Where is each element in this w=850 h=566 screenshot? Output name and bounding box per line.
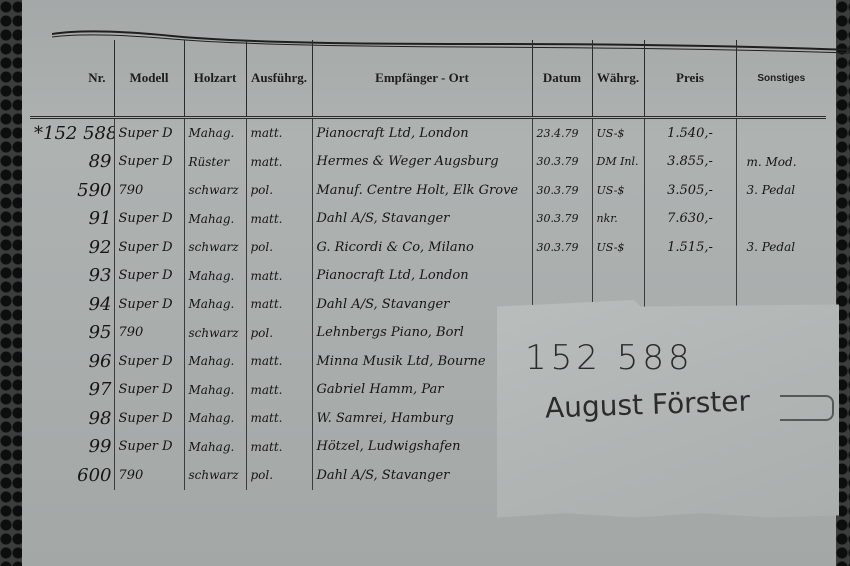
cell-waehrung: DM Inl. xyxy=(592,148,644,177)
cell-ausfuehrung: matt. xyxy=(246,376,312,405)
cell-holzart: Mahag. xyxy=(184,404,246,433)
cell-datum: 30.3.79 xyxy=(532,233,592,262)
cell-nr: 91 xyxy=(30,205,114,234)
cell-holzart: schwarz xyxy=(184,319,246,348)
cell-ausfuehrung: matt. xyxy=(246,148,312,177)
table-row: 91Super DMahag.matt.Dahl A/S, Stavanger3… xyxy=(30,205,826,234)
cell-holzart: Mahag. xyxy=(184,433,246,462)
cell-nr: 93 xyxy=(30,262,114,291)
cell-holzart: Mahag. xyxy=(184,262,246,291)
cell-nr: 89 xyxy=(30,148,114,177)
table-row: 89Super DRüstermatt.Hermes & Weger Augsb… xyxy=(30,148,826,177)
cell-nr: 95 xyxy=(30,319,114,348)
cell-nr: 590 xyxy=(30,176,114,205)
cell-modell: Super D xyxy=(114,148,184,177)
cell-holzart: Mahag. xyxy=(184,205,246,234)
cell-datum: 23.4.79 xyxy=(532,118,592,148)
cell-waehrung xyxy=(592,262,644,291)
cell-datum: 30.3.79 xyxy=(532,176,592,205)
note-maker-name: August Förster xyxy=(544,384,750,424)
paper-clip-icon xyxy=(780,395,834,421)
cell-modell: 790 xyxy=(114,176,184,205)
cell-modell: Super D xyxy=(114,404,184,433)
cell-nr: 96 xyxy=(30,347,114,376)
cell-ausfuehrung: matt. xyxy=(246,433,312,462)
cell-preis: 1.540,- xyxy=(644,118,736,148)
table-row: 92Super Dschwarzpol.G. Ricordi & Co, Mil… xyxy=(30,233,826,262)
cell-empfaenger: Manuf. Centre Holt, Elk Grove xyxy=(312,176,532,205)
cell-ausfuehrung: pol. xyxy=(246,319,312,348)
cell-empfaenger: Pianocraft Ltd, London xyxy=(312,262,532,291)
cell-preis xyxy=(644,262,736,291)
cell-modell: Super D xyxy=(114,376,184,405)
cell-holzart: schwarz xyxy=(184,176,246,205)
col-header-preis: Preis xyxy=(644,40,736,118)
cell-holzart: Rüster xyxy=(184,148,246,177)
cell-holzart: schwarz xyxy=(184,233,246,262)
cell-sonstiges xyxy=(736,118,826,148)
film-perforation-left xyxy=(0,0,24,566)
cell-ausfuehrung: matt. xyxy=(246,404,312,433)
cell-ausfuehrung: pol. xyxy=(246,461,312,490)
cell-sonstiges: 3. Pedal xyxy=(736,176,826,205)
cell-empfaenger: Hermes & Weger Augsburg xyxy=(312,148,532,177)
col-header-waehrung: Währg. xyxy=(592,40,644,118)
cell-holzart: schwarz xyxy=(184,461,246,490)
cell-holzart: Mahag. xyxy=(184,347,246,376)
cell-ausfuehrung: matt. xyxy=(246,347,312,376)
cell-modell: Super D xyxy=(114,347,184,376)
col-header-empfaenger: Empfänger - Ort xyxy=(312,40,532,118)
cell-modell: Super D xyxy=(114,262,184,291)
cell-ausfuehrung: matt. xyxy=(246,290,312,319)
cell-datum xyxy=(532,262,592,291)
table-row: 590790schwarzpol.Manuf. Centre Holt, Elk… xyxy=(30,176,826,205)
cell-ausfuehrung: matt. xyxy=(246,205,312,234)
cell-modell: Super D xyxy=(114,290,184,319)
cell-holzart: Mahag. xyxy=(184,290,246,319)
cell-empfaenger: Pianocraft Ltd, London xyxy=(312,118,532,148)
cell-ausfuehrung: matt. xyxy=(246,262,312,291)
cell-sonstiges xyxy=(736,262,826,291)
cell-nr: 94 xyxy=(30,290,114,319)
table-row: *152 588Super DMahag.matt.Pianocraft Ltd… xyxy=(30,118,826,148)
cell-preis: 3.855,- xyxy=(644,148,736,177)
cell-modell: 790 xyxy=(114,319,184,348)
cell-modell: Super D xyxy=(114,205,184,234)
cell-ausfuehrung: pol. xyxy=(246,176,312,205)
cell-sonstiges xyxy=(736,205,826,234)
col-header-ausfuehrung: Ausführg. xyxy=(246,40,312,118)
cell-nr: 98 xyxy=(30,404,114,433)
cell-modell: Super D xyxy=(114,118,184,148)
cell-modell: Super D xyxy=(114,433,184,462)
cell-empfaenger: G. Ricordi & Co, Milano xyxy=(312,233,532,262)
header-row: Nr. Modell Holzart Ausführg. Empfänger -… xyxy=(30,40,826,118)
cell-waehrung: nkr. xyxy=(592,205,644,234)
cell-preis: 1.515,- xyxy=(644,233,736,262)
cell-ausfuehrung: matt. xyxy=(246,118,312,148)
cell-modell: 790 xyxy=(114,461,184,490)
note-serial-number: 152 588 xyxy=(525,338,694,378)
cell-empfaenger: Dahl A/S, Stavanger xyxy=(312,205,532,234)
col-header-holzart: Holzart xyxy=(184,40,246,118)
col-header-sonstiges: Sonstiges xyxy=(736,40,826,118)
cell-sonstiges: 3. Pedal xyxy=(736,233,826,262)
col-header-datum: Datum xyxy=(532,40,592,118)
cell-datum: 30.3.79 xyxy=(532,148,592,177)
cell-nr: 97 xyxy=(30,376,114,405)
cell-nr: 600 xyxy=(30,461,114,490)
cell-holzart: Mahag. xyxy=(184,118,246,148)
cell-nr: *152 588 xyxy=(30,118,114,148)
table-row: 93Super DMahag.matt.Pianocraft Ltd, Lond… xyxy=(30,262,826,291)
cell-ausfuehrung: pol. xyxy=(246,233,312,262)
cell-waehrung: US-$ xyxy=(592,233,644,262)
cell-modell: Super D xyxy=(114,233,184,262)
cell-waehrung: US-$ xyxy=(592,176,644,205)
cell-datum: 30.3.79 xyxy=(532,205,592,234)
cell-nr: 99 xyxy=(30,433,114,462)
cell-sonstiges: m. Mod. xyxy=(736,148,826,177)
cell-holzart: Mahag. xyxy=(184,376,246,405)
cell-nr: 92 xyxy=(30,233,114,262)
cell-waehrung: US-$ xyxy=(592,118,644,148)
col-header-modell: Modell xyxy=(114,40,184,118)
cell-preis: 7.630,- xyxy=(644,205,736,234)
col-header-nr: Nr. xyxy=(30,40,114,118)
cell-preis: 3.505,- xyxy=(644,176,736,205)
